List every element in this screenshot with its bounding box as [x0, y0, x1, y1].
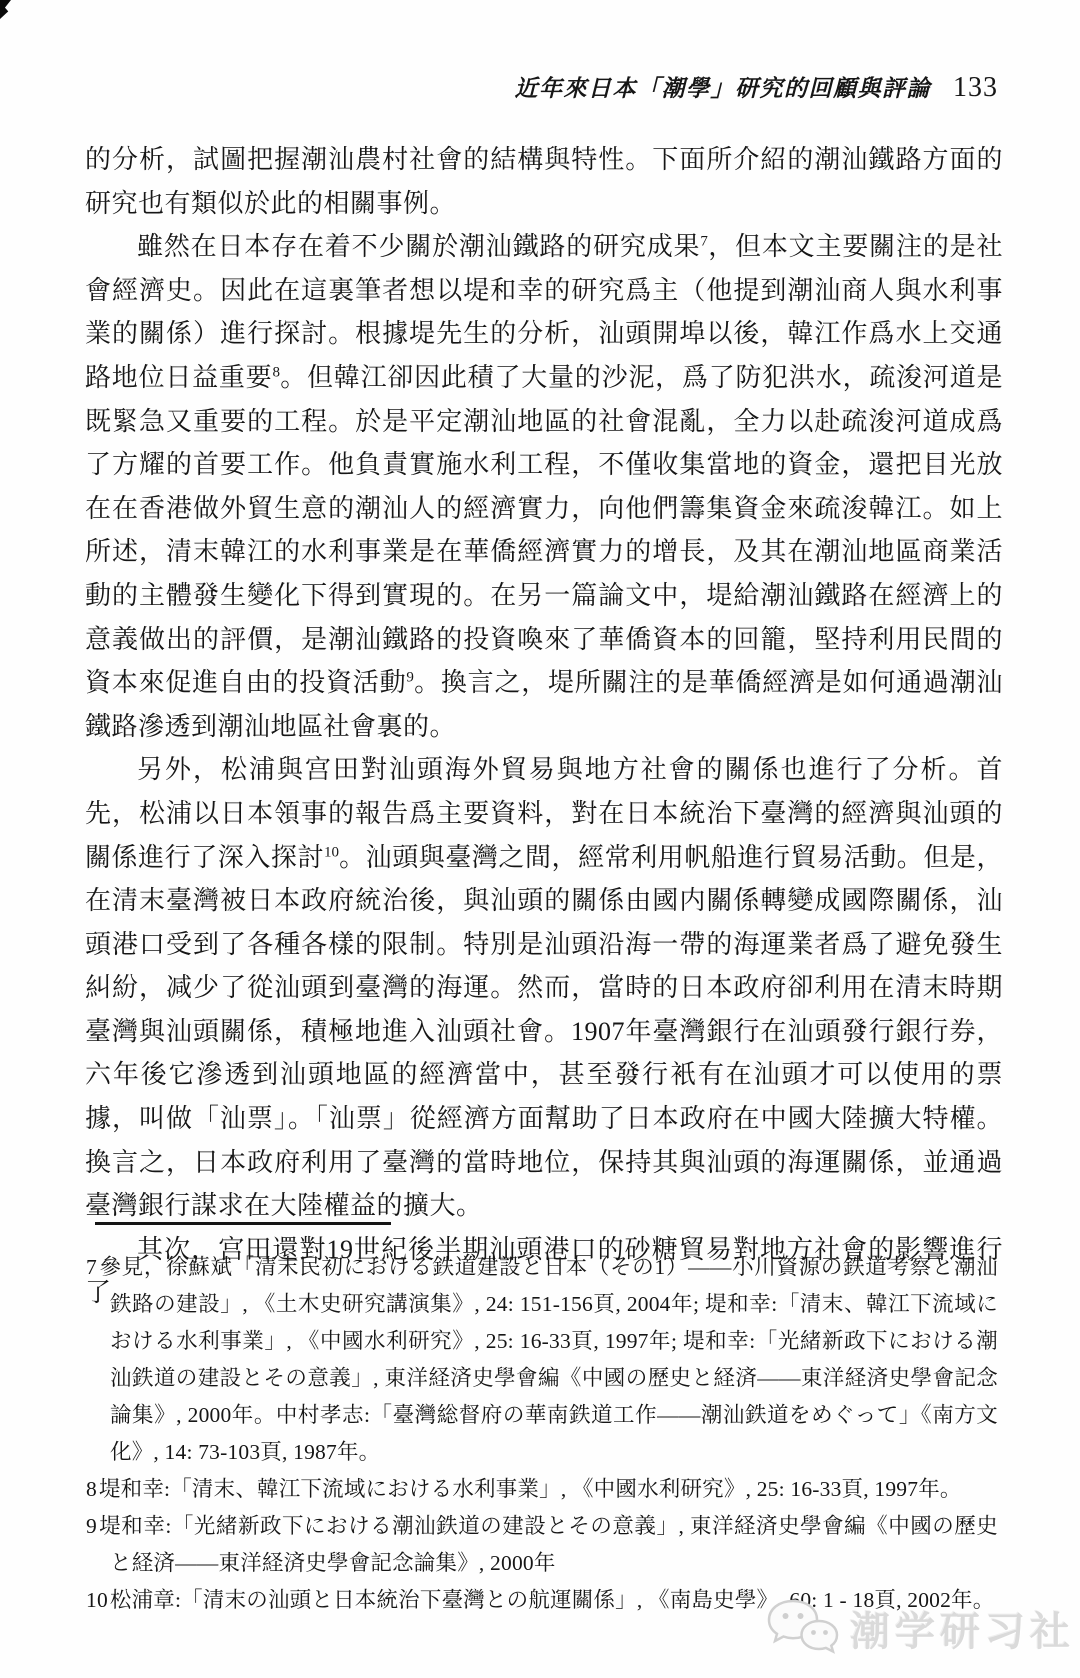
footnote: 9堤和幸:「光緒新政下における潮汕鉄道の建設とその意義」, 東洋経済史學會編《中…: [86, 1508, 998, 1582]
footnote-reference: 10: [324, 844, 339, 860]
text-run: 。汕頭與臺灣之間，經常利用帆船進行貿易活動。但是，在清末臺灣被日本政府統治後，與…: [85, 843, 1003, 1221]
footnote-text: 堤和幸:「光緒新政下における潮汕鉄道の建設とその意義」, 東洋経済史學會編《中國…: [99, 1514, 998, 1575]
footnotes: 7參見，徐蘇斌「清末民初における鉄道建設と日本（その1）——小川資源の鉄道考察と…: [86, 1249, 998, 1619]
footnote: 8堤和幸:「清末、韓江下流域における水利事業」, 《中國水利研究》, 25: 1…: [86, 1471, 998, 1508]
watermark-label: 潮学研习社: [850, 1600, 1075, 1657]
footnote-reference: 9: [406, 669, 414, 685]
footnote-marker: 8: [86, 1477, 97, 1501]
footnote-reference: 8: [272, 364, 280, 380]
footnote-marker: 10: [86, 1588, 108, 1612]
footnote-marker: 9: [86, 1514, 97, 1538]
text-run: 雖然在日本存在着不少關於潮汕鐵路的研究成果: [137, 232, 700, 261]
header-title: 近年來日本「潮學」研究的回顧與評論: [515, 70, 932, 103]
scan-artifact-corner: [0, 0, 11, 19]
body-text: 的分析，試圖把握潮汕農村社會的結構與特性。下面所介紹的潮汕鐵路方面的研究也有類似…: [85, 138, 1003, 1315]
footnote-text: 參見，徐蘇斌「清末民初における鉄道建設と日本（その1）——小川資源の鉄道考察と潮…: [99, 1255, 998, 1464]
footnote-reference: 7: [700, 234, 708, 250]
text-run: 。但韓江卻因此積了大量的沙泥，爲了防犯洪水，疏浚河道是既緊急又重要的工程。於是平…: [85, 363, 1003, 697]
paragraph: 雖然在日本存在着不少關於潮汕鐵路的研究成果7，但本文主要關注的是社會經濟史。因此…: [85, 225, 1003, 748]
paragraph: 另外，松浦與宫田對汕頭海外貿易與地方社會的關係也進行了分析。首先，松浦以日本領事…: [85, 748, 1003, 1228]
wechat-icon: [765, 1597, 841, 1659]
footnote-marker: 7: [86, 1255, 97, 1279]
watermark: 潮学研习社: [765, 1597, 1075, 1659]
footnote-separator: [95, 1222, 391, 1225]
scanned-page: 近年來日本「潮學」研究的回顧與評論 133 的分析，試圖把握潮汕農村社會的結構與…: [0, 0, 1080, 1678]
footnote-text: 堤和幸:「清末、韓江下流域における水利事業」, 《中國水利研究》, 25: 16…: [99, 1477, 962, 1501]
paragraph: 的分析，試圖把握潮汕農村社會的結構與特性。下面所介紹的潮汕鐵路方面的研究也有類似…: [85, 138, 1003, 225]
text-run: 的分析，試圖把握潮汕農村社會的結構與特性。下面所介紹的潮汕鐵路方面的研究也有類似…: [85, 145, 1003, 218]
page-number: 133: [953, 72, 998, 104]
running-header: 近年來日本「潮學」研究的回顧與評論 133: [515, 70, 999, 104]
footnote: 7參見，徐蘇斌「清末民初における鉄道建設と日本（その1）——小川資源の鉄道考察と…: [86, 1249, 998, 1471]
